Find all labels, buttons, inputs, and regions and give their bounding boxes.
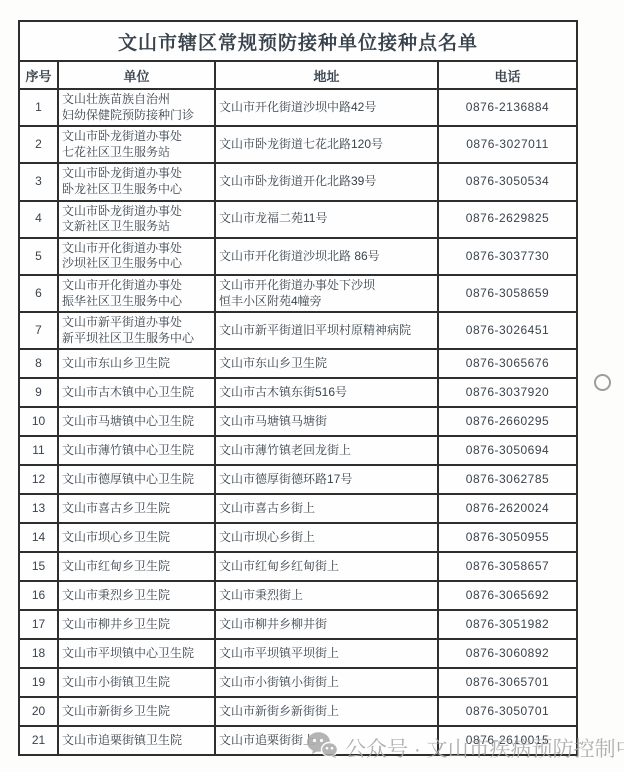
cell-phone: 0876-3026451 [438,312,577,349]
cell-no: 21 [19,726,58,755]
cell-unit: 文山市薄竹镇中心卫生院 [58,436,215,465]
cell-phone: 0876-2610015 [438,726,577,755]
cell-phone: 0876-3037920 [438,378,577,407]
cell-address: 文山市秉烈街上 [215,581,438,610]
cell-phone: 0876-2136884 [438,89,577,126]
cell-address: 文山市龙福二苑11号 [215,201,438,238]
cell-unit: 文山市德厚镇中心卫生院 [58,465,215,494]
cell-unit: 文山市卧龙街道办事处卧龙社区卫生服务中心 [58,163,215,200]
cell-unit: 文山市小街镇卫生院 [58,668,215,697]
cell-address: 文山市平坝镇平坝街上 [215,639,438,668]
cell-address: 文山市红甸乡红甸街上 [215,552,438,581]
cell-unit: 文山市开化街道办事处沙坝社区卫生服务中心 [58,238,215,275]
cell-address: 文山市坝心乡街上 [215,523,438,552]
cell-address: 文山市马塘镇马塘街 [215,407,438,436]
cell-no: 11 [19,436,58,465]
cell-no: 17 [19,610,58,639]
table-row: 14文山市坝心乡卫生院文山市坝心乡街上0876-3050955 [19,523,577,552]
cell-no: 20 [19,697,58,726]
cell-phone: 0876-2620024 [438,494,577,523]
table-row: 7文山市新平街道办事处新平坝社区卫生服务中心文山市新平街道旧平坝村原精神病院08… [19,312,577,349]
cell-address: 文山市开化街道办事处下沙坝恒丰小区附苑4幢旁 [215,275,438,312]
cell-phone: 0876-3065701 [438,668,577,697]
cell-no: 18 [19,639,58,668]
table-row: 5文山市开化街道办事处沙坝社区卫生服务中心文山市开化街道沙坝北路 86号0876… [19,238,577,275]
cell-address: 文山市开化街道沙坝中路42号 [215,89,438,126]
cell-unit: 文山市红甸乡卫生院 [58,552,215,581]
cell-no: 19 [19,668,58,697]
table-title: 文山市辖区常规预防接种单位接种点名单 [19,21,577,61]
table-row: 10文山市马塘镇中心卫生院文山市马塘镇马塘街0876-2660295 [19,407,577,436]
cell-unit: 文山市马塘镇中心卫生院 [58,407,215,436]
cell-no: 8 [19,349,58,378]
cell-address: 文山市卧龙街道七花北路120号 [215,126,438,163]
table-row: 4文山市卧龙街道办事处文新社区卫生服务站文山市龙福二苑11号0876-26298… [19,201,577,238]
table-row: 2文山市卧龙街道办事处七花社区卫生服务站文山市卧龙街道七花北路120号0876-… [19,126,577,163]
select-circle[interactable] [594,374,611,391]
cell-phone: 0876-3065676 [438,349,577,378]
table-row: 16文山市秉烈乡卫生院文山市秉烈街上0876-3065692 [19,581,577,610]
cell-no: 15 [19,552,58,581]
cell-phone: 0876-3050701 [438,697,577,726]
cell-phone: 0876-3060892 [438,639,577,668]
table-row: 21文山市追栗街镇卫生院文山市追栗街街上0876-2610015 [19,726,577,755]
cell-phone: 0876-3058657 [438,552,577,581]
table-row: 15文山市红甸乡卫生院文山市红甸乡红甸街上0876-3058657 [19,552,577,581]
table-row: 1文山壮族苗族自治州妇幼保健院预防接种门诊文山市开化街道沙坝中路42号0876-… [19,89,577,126]
cell-phone: 0876-3062785 [438,465,577,494]
table-body: 1文山壮族苗族自治州妇幼保健院预防接种门诊文山市开化街道沙坝中路42号0876-… [19,89,577,755]
cell-address: 文山市追栗街街上 [215,726,438,755]
cell-address: 文山市柳井乡柳井街 [215,610,438,639]
cell-no: 1 [19,89,58,126]
table-row: 9文山市古木镇中心卫生院文山市古木镇东街516号0876-3037920 [19,378,577,407]
cell-address: 文山市开化街道沙坝北路 86号 [215,238,438,275]
cell-address: 文山市喜古乡街上 [215,494,438,523]
cell-address: 文山市新街乡新街街上 [215,697,438,726]
cell-no: 5 [19,238,58,275]
cell-unit: 文山市秉烈乡卫生院 [58,581,215,610]
cell-no: 9 [19,378,58,407]
cell-address: 文山市新平街道旧平坝村原精神病院 [215,312,438,349]
cell-unit: 文山市东山乡卫生院 [58,349,215,378]
table-row: 11文山市薄竹镇中心卫生院文山市薄竹镇老回龙街上0876-3050694 [19,436,577,465]
cell-no: 3 [19,163,58,200]
table-row: 12文山市德厚镇中心卫生院文山市德厚街德环路17号0876-3062785 [19,465,577,494]
cell-address: 文山市小街镇小街街上 [215,668,438,697]
table-row: 6文山市开化街道办事处振华社区卫生服务中心文山市开化街道办事处下沙坝恒丰小区附苑… [19,275,577,312]
cell-address: 文山市薄竹镇老回龙街上 [215,436,438,465]
vaccination-sites-table: 文山市辖区常规预防接种单位接种点名单 序号 单位 地址 电话 1文山壮族苗族自治… [18,20,578,756]
cell-no: 12 [19,465,58,494]
cell-no: 14 [19,523,58,552]
scanned-document-page: 文山市辖区常规预防接种单位接种点名单 序号 单位 地址 电话 1文山壮族苗族自治… [0,0,624,772]
table-row: 8文山市东山乡卫生院文山市东山乡卫生院0876-3065676 [19,349,577,378]
cell-unit: 文山市追栗街镇卫生院 [58,726,215,755]
cell-unit: 文山市平坝镇中心卫生院 [58,639,215,668]
cell-phone: 0876-3051982 [438,610,577,639]
header-address: 地址 [215,61,438,89]
cell-address: 文山市古木镇东街516号 [215,378,438,407]
cell-no: 6 [19,275,58,312]
table-row: 18文山市平坝镇中心卫生院文山市平坝镇平坝街上0876-3060892 [19,639,577,668]
cell-phone: 0876-2660295 [438,407,577,436]
cell-address: 文山市德厚街德环路17号 [215,465,438,494]
cell-phone: 0876-3065692 [438,581,577,610]
cell-phone: 0876-3050694 [438,436,577,465]
cell-no: 13 [19,494,58,523]
table-title-row: 文山市辖区常规预防接种单位接种点名单 [19,21,577,61]
cell-unit: 文山市新街乡卫生院 [58,697,215,726]
table-row: 3文山市卧龙街道办事处卧龙社区卫生服务中心文山市卧龙街道开化北路39号0876-… [19,163,577,200]
cell-unit: 文山市卧龙街道办事处七花社区卫生服务站 [58,126,215,163]
cell-unit: 文山市坝心乡卫生院 [58,523,215,552]
header-no: 序号 [19,61,58,89]
header-phone: 电话 [438,61,577,89]
cell-unit: 文山市喜古乡卫生院 [58,494,215,523]
cell-no: 4 [19,201,58,238]
cell-unit: 文山市柳井乡卫生院 [58,610,215,639]
cell-phone: 0876-3050955 [438,523,577,552]
cell-no: 7 [19,312,58,349]
cell-no: 10 [19,407,58,436]
table-header-row: 序号 单位 地址 电话 [19,61,577,89]
cell-phone: 0876-2629825 [438,201,577,238]
cell-unit: 文山市开化街道办事处振华社区卫生服务中心 [58,275,215,312]
table-row: 17文山市柳井乡卫生院文山市柳井乡柳井街0876-3051982 [19,610,577,639]
cell-no: 2 [19,126,58,163]
cell-unit: 文山市古木镇中心卫生院 [58,378,215,407]
cell-phone: 0876-3027011 [438,126,577,163]
cell-unit: 文山市新平街道办事处新平坝社区卫生服务中心 [58,312,215,349]
header-unit: 单位 [58,61,215,89]
cell-phone: 0876-3050534 [438,163,577,200]
cell-unit: 文山壮族苗族自治州妇幼保健院预防接种门诊 [58,89,215,126]
cell-address: 文山市东山乡卫生院 [215,349,438,378]
cell-unit: 文山市卧龙街道办事处文新社区卫生服务站 [58,201,215,238]
cell-phone: 0876-3058659 [438,275,577,312]
table-row: 19文山市小街镇卫生院文山市小街镇小街街上0876-3065701 [19,668,577,697]
cell-no: 16 [19,581,58,610]
cell-address: 文山市卧龙街道开化北路39号 [215,163,438,200]
table-row: 20文山市新街乡卫生院文山市新街乡新街街上0876-3050701 [19,697,577,726]
table-row: 13文山市喜古乡卫生院文山市喜古乡街上0876-2620024 [19,494,577,523]
cell-phone: 0876-3037730 [438,238,577,275]
